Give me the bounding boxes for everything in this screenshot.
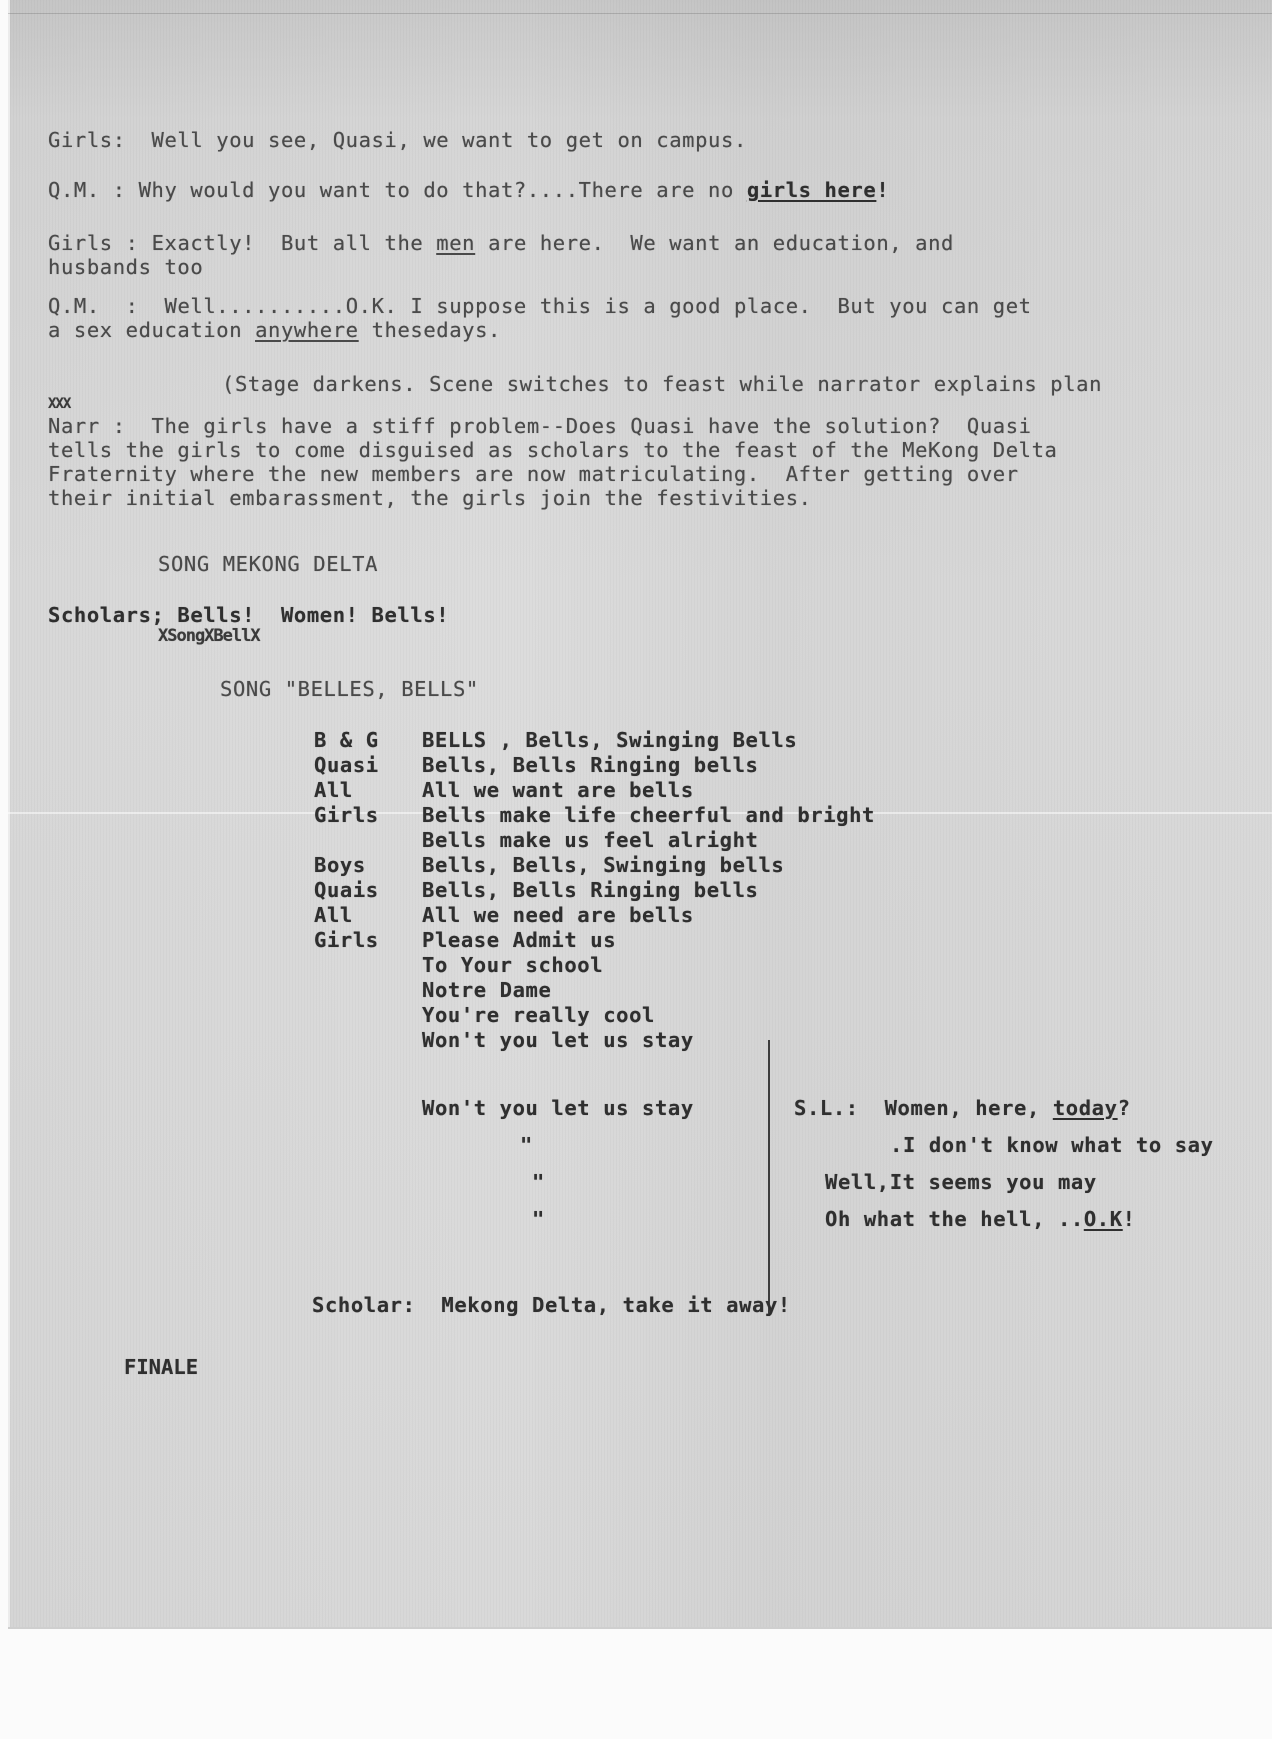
speaker-label: Girls : <box>48 231 139 255</box>
lyric-line: All we need are bells <box>422 903 694 927</box>
lyrics-block: B & GBELLS , Bells, Swinging BellsQuasiB… <box>314 728 875 1053</box>
lyric-line: To Your school <box>422 953 603 977</box>
underlined-text: girls here <box>747 178 876 202</box>
lyric-text: Women, here, <box>885 1096 1053 1120</box>
underlined-text: men <box>436 231 475 255</box>
dialogue-text: Well you see, Quasi, we want to get on c… <box>152 128 747 152</box>
lyric-line: Please Admit us <box>422 928 616 952</box>
dialogue-girls-1: Girls: Well you see, Quasi, we want to g… <box>48 128 747 152</box>
speaker-label: Girls: <box>48 128 126 152</box>
closing-line: Scholar: Mekong Delta, take it away! <box>312 1293 791 1317</box>
column-divider-line <box>768 1040 770 1316</box>
lyric-singer: Girls <box>314 928 422 953</box>
lyric-singer: Quais <box>314 878 422 903</box>
lyric-row: QuasiBells, Bells Ringing bells <box>314 753 875 778</box>
underlined-text: today <box>1053 1096 1118 1120</box>
lyric-singer: All <box>314 778 422 803</box>
struck-out-song: XSongXBellX <box>158 627 260 645</box>
lyric-line: All we want are bells <box>422 778 694 802</box>
dialogue-continuation: husbands too <box>48 255 203 279</box>
dialogue-qm-2: Q.M. : Well..........O.K. I suppose this… <box>48 294 1032 342</box>
lyric-row: GirlsBells make life cheerful and bright <box>314 803 875 828</box>
speaker-label: Q.M. : <box>48 178 126 202</box>
narration-block: Narr : The girls have a stiff problem--D… <box>48 414 1057 510</box>
ditto-mark: " <box>532 1207 545 1231</box>
struck-out-mark: XXX <box>48 396 70 412</box>
lyric-row: AllAll we want are bells <box>314 778 875 803</box>
song-title-belles-bells: SONG "BELLES, BELLS" <box>220 677 479 701</box>
lyric-line: Bells, Bells Ringing bells <box>422 753 759 777</box>
finale-heading: FINALE <box>124 1355 198 1379</box>
lyric-singer: Quasi <box>314 753 422 778</box>
narration-line: The girls have a stiff problem--Does Qua… <box>152 414 1032 438</box>
lyric-row: To Your school <box>314 953 875 978</box>
lyric-row: Notre Dame <box>314 978 875 1003</box>
lyric-row: Bells make us feel alright <box>314 828 875 853</box>
dialogue-text-end: ! <box>876 178 889 202</box>
lyric-row: Won't you let us stay <box>314 1028 875 1053</box>
sl-line-3: Well,It seems you may <box>825 1170 1097 1194</box>
paper-crease-top <box>8 13 1272 14</box>
narration-line: tells the girls to come disguised as sch… <box>48 438 1057 462</box>
lyric-singer: Girls <box>314 803 422 828</box>
lyric-singer: All <box>314 903 422 928</box>
lyric-line: Notre Dame <box>422 978 551 1002</box>
lyric-text-end: ! <box>1123 1207 1136 1231</box>
lyric-row: GirlsPlease Admit us <box>314 928 875 953</box>
dialogue-qm-1: Q.M. : Why would you want to do that?...… <box>48 178 889 202</box>
lyric-line: Bells, Bells Ringing bells <box>422 878 759 902</box>
dialogue-girls-2: Girls : Exactly! But all the men are her… <box>48 231 954 279</box>
lyric-singer: B & G <box>314 728 422 753</box>
lyric-singer: Boys <box>314 853 422 878</box>
lyric-text-end: ? <box>1118 1096 1131 1120</box>
lyric-row: QuaisBells, Bells Ringing bells <box>314 878 875 903</box>
ditto-mark: " <box>532 1170 545 1194</box>
sl-line-4: Oh what the hell, ..O.K! <box>825 1207 1136 1231</box>
lyric-row: You're really cool <box>314 1003 875 1028</box>
lyric-line: You're really cool <box>422 1003 655 1027</box>
underlined-text: anywhere <box>255 318 359 342</box>
dialogue-text: Well..........O.K. I suppose this is a g… <box>165 294 1032 318</box>
stage-direction: (Stage darkens. Scene switches to feast … <box>222 372 1102 396</box>
lyric-row: AllAll we need are bells <box>314 903 875 928</box>
dialogue-text-end: thesedays. <box>359 318 501 342</box>
dialogue-text: Why would you want to do that?....There … <box>139 178 747 202</box>
narration-line: Fraternity where the new members are now… <box>48 462 1019 486</box>
sl-line-1: S.L.: Women, here, today? <box>794 1096 1131 1120</box>
dialogue-text: Exactly! But all the <box>152 231 437 255</box>
lyric-line: Won't you let us stay <box>422 1028 694 1052</box>
lyric-line: Bells make us feel alright <box>422 828 759 852</box>
lyric-row: B & GBELLS , Bells, Swinging Bells <box>314 728 875 753</box>
ditto-mark: " <box>520 1133 533 1157</box>
lyric-line: BELLS , Bells, Swinging Bells <box>422 728 797 752</box>
lyric-line: Bells, Bells, Swinging bells <box>422 853 784 877</box>
narration-line: their initial embarassment, the girls jo… <box>48 486 812 510</box>
speaker-label: Q.M. : <box>48 294 139 318</box>
lyric-text: Oh what the hell, .. <box>825 1207 1084 1231</box>
sl-line-2: .I don't know what to say <box>890 1133 1214 1157</box>
dialogue-continuation: a sex education <box>48 318 255 342</box>
dialogue-text-end: are here. We want an education, and <box>475 231 954 255</box>
scholars-line: Scholars; Bells! Women! Bells! <box>48 603 449 627</box>
lyric-row: BoysBells, Bells, Swinging bells <box>314 853 875 878</box>
speaker-label: S.L.: <box>794 1096 859 1120</box>
left-column-line-1: Won't you let us stay <box>422 1096 694 1120</box>
underlined-text: O.K <box>1084 1207 1123 1231</box>
speaker-label: Narr : <box>48 414 126 438</box>
lyric-line: Bells make life cheerful and bright <box>422 803 875 827</box>
song-title-mekong-delta: SONG MEKONG DELTA <box>158 552 378 576</box>
